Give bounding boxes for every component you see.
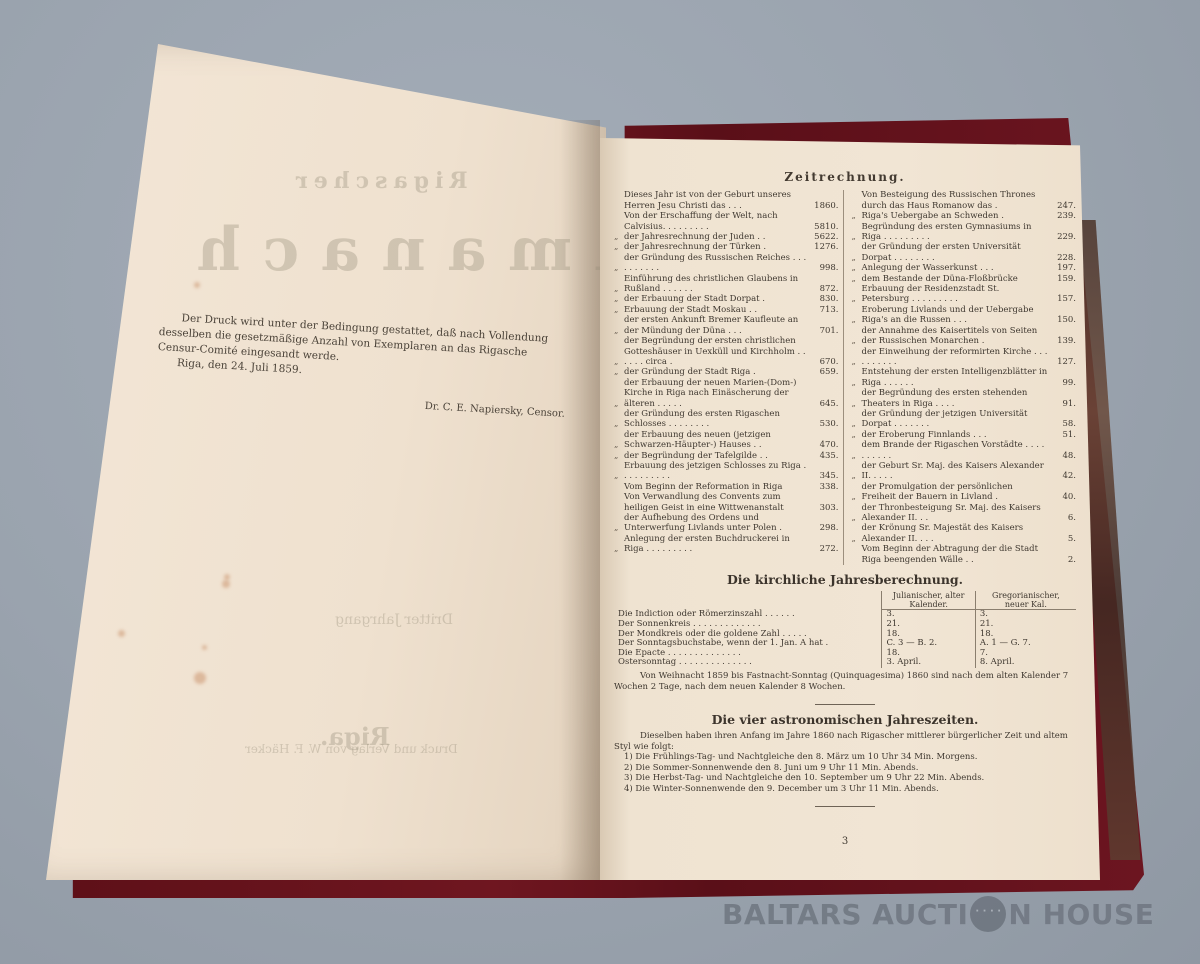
church-row-label: Ostersonntag . . . . . . . . . . . . . . [614, 658, 882, 668]
chronology-event: der Begründung des ersten stehenden Thea… [862, 388, 1049, 409]
chronology-row: „Erbauung des jetzigen Schlosses zu Riga… [614, 461, 839, 482]
divider-rule [815, 704, 875, 705]
chronology-years: 1276. [811, 242, 839, 252]
chronology-row: „der Jahresrechnung der Juden . .5622. [614, 232, 839, 242]
ghost-edition: Dritter Jahrgang [335, 612, 453, 628]
chronology-event: der ersten Ankunft Bremer Kaufleute an d… [624, 315, 811, 336]
ditto-mark: „ [614, 242, 624, 252]
chronology-event: Einführung des christlichen Glaubens in … [624, 274, 811, 295]
chronology-row: „der Gründung der jetzigen Universität D… [852, 409, 1077, 430]
chronology-event: der Jahresrechnung der Juden . . [624, 232, 811, 242]
chronology-event: der Erbauung der neuen Marien-(Dom-) Kir… [624, 378, 811, 409]
chronology-row: Von der Erschaffung der Welt, nach Calvi… [614, 211, 839, 232]
chronology-row: „der Erbauung des neuen (jetzigen Schwar… [614, 430, 839, 451]
ghost-printer: Druck und Verlag von W. F. Häcker [245, 742, 458, 756]
seasons-intro: Dieselben haben ihren Anfang im Jahre 18… [614, 731, 1076, 752]
ditto-mark: „ [614, 544, 624, 554]
chronology-row: „der Krönung Sr. Majestät des Kaisers Al… [852, 523, 1077, 544]
chronology-row: „der Begründung der ersten christlichen … [614, 336, 839, 367]
ditto-mark: „ [614, 357, 624, 367]
chronology-row: „der Geburt Sr. Maj. des Kaisers Alexand… [852, 461, 1077, 482]
chronology-event: Entstehung der ersten Intelligenzblätter… [862, 367, 1049, 388]
chronology-years: 435. [811, 451, 839, 461]
chronology-years: 5810. [811, 222, 839, 232]
auction-house-watermark: BALTARS AUCTI N HOUSE [722, 896, 1154, 932]
ditto-mark: „ [852, 357, 862, 367]
chronology-event: Begründung des ersten Gymnasiums in Riga… [862, 222, 1049, 243]
chronology-event: der Annahme des Kaisertitels von Seiten … [862, 326, 1049, 347]
seasons-section: Dieselben haben ihren Anfang im Jahre 18… [614, 731, 1076, 794]
chronology-row: „Begründung des ersten Gymnasiums in Rig… [852, 222, 1077, 243]
ditto-mark: „ [614, 399, 624, 409]
chronology-years: 228. [1048, 253, 1076, 263]
chronology-event: der Einweihung der reformirten Kirche . … [862, 347, 1049, 368]
chronology-years: 670. [811, 357, 839, 367]
ditto-mark: „ [614, 294, 624, 304]
gregorian-value: 8. April. [975, 658, 1076, 668]
chronology-event: der Gründung des Russischen Reiches . . … [624, 253, 811, 274]
chronology-row: „Erbauung der Stadt Moskau . .713. [614, 305, 839, 315]
chronology-row: Vom Beginn der Reformation in Riga338. [614, 482, 839, 492]
chronology-years: 830. [811, 294, 839, 304]
ditto-mark: „ [614, 523, 624, 533]
season-item: 2) Die Sommer-Sonnenwende den 8. Juni um… [614, 763, 1076, 773]
chronology-years: 42. [1048, 471, 1076, 481]
chronology-left-column: Dieses Jahr ist von der Geburt unseres H… [614, 190, 844, 565]
chronology-years: 998. [811, 263, 839, 273]
chronology-event: Von Verwandlung des Convents zum heilige… [624, 492, 811, 513]
chronology-years: 303. [811, 503, 839, 513]
chronology-years: 713. [811, 305, 839, 315]
chronology-years: 5. [1048, 534, 1076, 544]
chronology-title: Zeitrechnung. [614, 172, 1076, 182]
chronology-event: Riga's Uebergabe an Schweden . [862, 211, 1049, 221]
church-year-row: Ostersonntag . . . . . . . . . . . . . .… [614, 658, 1076, 668]
chronology-years: 159. [1048, 274, 1076, 284]
seasons-title: Die vier astronomischen Jahreszeiten. [614, 715, 1076, 725]
chronology-years: 701. [811, 326, 839, 336]
chronology-years: 58. [1048, 419, 1076, 429]
church-header-gregorian: Gregorianischer, neuer Kal. [975, 591, 1076, 610]
chronology-years: 229. [1048, 232, 1076, 242]
chronology-row: „dem Brande der Rigaschen Vorstädte . . … [852, 440, 1077, 461]
chronology-event: der Promulgation der persönlichen Freihe… [862, 482, 1049, 503]
chronology-event: dem Bestande der Düna-Floßbrücke [862, 274, 1049, 284]
ditto-mark: „ [852, 451, 862, 461]
chronology-event: Vom Beginn der Abtragung der die Stadt R… [862, 544, 1049, 565]
ditto-mark: „ [852, 492, 862, 502]
chronology-years: 530. [811, 419, 839, 429]
chronology-years: 338. [811, 482, 839, 492]
chronology-years: 645. [811, 399, 839, 409]
chronology-table: Dieses Jahr ist von der Geburt unseres H… [614, 190, 1076, 565]
ditto-mark: „ [614, 440, 624, 450]
chronology-row: „der Eroberung Finnlands . . .51. [852, 430, 1077, 440]
season-item: 3) Die Herbst-Tag- und Nachtgleiche den … [614, 773, 1076, 783]
chronology-row: „der Jahresrechnung der Türken .1276. [614, 242, 839, 252]
ditto-mark: „ [852, 471, 862, 481]
ditto-mark: „ [614, 451, 624, 461]
chronology-row: Von Verwandlung des Convents zum heilige… [614, 492, 839, 513]
chronology-row: „der Gründung der Stadt Riga .659. [614, 367, 839, 377]
ditto-mark: „ [614, 419, 624, 429]
ditto-mark: „ [852, 253, 862, 263]
chronology-event: der Begründung der Tafelgilde . . [624, 451, 811, 461]
chronology-years: 139. [1048, 336, 1076, 346]
chronology-event: der Gründung der jetzigen Universität Do… [862, 409, 1049, 430]
chronology-years: 127. [1048, 357, 1076, 367]
chronology-years: 872. [811, 284, 839, 294]
foxing-spot [194, 282, 200, 288]
chronology-event: der Geburt Sr. Maj. des Kaisers Alexande… [862, 461, 1049, 482]
chronology-row: „der Thronbesteigung Sr. Maj. des Kaiser… [852, 503, 1077, 524]
ditto-mark: „ [852, 211, 862, 221]
chronology-event: Anlegung der Wasserkunst . . . [862, 263, 1049, 273]
ghost-subtitle: Rigascher [290, 168, 468, 194]
ditto-mark: „ [852, 534, 862, 544]
chronology-years: 150. [1048, 315, 1076, 325]
chronology-event: der Begründung der ersten christlichen G… [624, 336, 811, 367]
chronology-years: 99. [1048, 378, 1076, 388]
chronology-years: 470. [811, 440, 839, 450]
chronology-event: der Jahresrechnung der Türken . [624, 242, 811, 252]
chronology-years: 298. [811, 523, 839, 533]
chronology-row: Dieses Jahr ist von der Geburt unseres H… [614, 190, 839, 211]
chronology-event: Von Besteigung des Russischen Thrones du… [862, 190, 1049, 211]
chronology-row: „der Einweihung der reformirten Kirche .… [852, 347, 1077, 368]
chronology-right-column: Von Besteigung des Russischen Thrones du… [844, 190, 1077, 565]
chronology-years: 5622. [811, 232, 839, 242]
ditto-mark: „ [614, 367, 624, 377]
chronology-event: Anlegung der ersten Buchdruckerei in Rig… [624, 534, 811, 555]
chronology-event: der Erbauung der Stadt Dorpat . [624, 294, 811, 304]
chronology-event: der Eroberung Finnlands . . . [862, 430, 1049, 440]
season-item: 4) Die Winter-Sonnenwende den 9. Decembe… [614, 784, 1076, 794]
chronology-event: Erbauung des jetzigen Schlosses zu Riga … [624, 461, 811, 482]
church-header-blank [614, 591, 882, 610]
chronology-row: „Eroberung Livlands und der Uebergabe Ri… [852, 305, 1077, 326]
chronology-row: „der Promulgation der persönlichen Freih… [852, 482, 1077, 503]
photo-scene: Rigascher Almanach Dritter Jahrgang Riga… [0, 0, 1200, 964]
chronology-years: 239. [1048, 211, 1076, 221]
chronology-event: der Erbauung des neuen (jetzigen Schwarz… [624, 430, 811, 451]
ditto-mark: „ [614, 305, 624, 315]
chronology-years: 272. [811, 544, 839, 554]
chronology-row: „Anlegung der ersten Buchdruckerei in Ri… [614, 534, 839, 555]
chronology-years: 345. [811, 471, 839, 481]
chronology-row: „der Erbauung der neuen Marien-(Dom-) Ki… [614, 378, 839, 409]
watermark-text-end: N HOUSE [1008, 898, 1154, 931]
chronology-event: Von der Erschaffung der Welt, nach Calvi… [624, 211, 811, 232]
chronology-years: 51. [1048, 430, 1076, 440]
chronology-years: 197. [1048, 263, 1076, 273]
chronology-event: der Krönung Sr. Majestät des Kaisers Ale… [862, 523, 1049, 544]
watermark-logo-icon [970, 896, 1006, 932]
right-page-content: Zeitrechnung. Dieses Jahr ist von der Ge… [614, 172, 1076, 847]
ditto-mark: „ [852, 336, 862, 346]
ditto-mark: „ [852, 419, 862, 429]
chronology-years: 659. [811, 367, 839, 377]
foxing-spot [194, 672, 206, 684]
ditto-mark: „ [852, 399, 862, 409]
chronology-row: „der Gründung des Russischen Reiches . .… [614, 253, 839, 274]
chronology-row: „der Begründung der Tafelgilde . .435. [614, 451, 839, 461]
chronology-row: „Riga's Uebergabe an Schweden .239. [852, 211, 1077, 221]
chronology-years: 157. [1048, 294, 1076, 304]
foxing-spot [222, 580, 230, 588]
divider-rule [815, 806, 875, 807]
foxing-spot [202, 645, 207, 650]
foxing-spot [224, 574, 230, 580]
church-header-julian: Julianischer, alter Kalender. [882, 591, 975, 610]
chronology-event: der Thronbesteigung Sr. Maj. des Kaisers… [862, 503, 1049, 524]
foxing-spot [118, 630, 125, 637]
season-item: 1) Die Frühlings-Tag- und Nachtgleiche d… [614, 752, 1076, 762]
chronology-event: Erbauung der Stadt Moskau . . [624, 305, 811, 315]
church-year-note: Von Weihnacht 1859 bis Fastnacht-Sonntag… [614, 671, 1076, 692]
church-year-title: Die kirchliche Jahresberechnung. [614, 575, 1076, 585]
chronology-row: „der Annahme des Kaisertitels von Seiten… [852, 326, 1077, 347]
chronology-event: Vom Beginn der Reformation in Riga [624, 482, 811, 492]
chronology-years: 91. [1048, 399, 1076, 409]
chronology-years: 40. [1048, 492, 1076, 502]
chronology-row: „Entstehung der ersten Intelligenzblätte… [852, 367, 1077, 388]
watermark-text-start: BALTARS AUCTI [722, 898, 968, 931]
church-year-table: Julianischer, alter Kalender. Gregoriani… [614, 591, 1076, 668]
chronology-event: der Gründung der Stadt Riga . [624, 367, 811, 377]
chronology-event: dem Brande der Rigaschen Vorstädte . . .… [862, 440, 1049, 461]
chronology-row: „der ersten Ankunft Bremer Kaufleute an … [614, 315, 839, 336]
ditto-mark: „ [852, 378, 862, 388]
chronology-years: 48. [1048, 451, 1076, 461]
ditto-mark: „ [852, 274, 862, 284]
chronology-row: „Einführung des christlichen Glaubens in… [614, 274, 839, 295]
page-number: 3 [614, 837, 1076, 847]
chronology-event: der Gründung des ersten Rigaschen Schlos… [624, 409, 811, 430]
julian-value: 3. April. [882, 658, 975, 668]
chronology-row: „der Erbauung der Stadt Dorpat .830. [614, 294, 839, 304]
chronology-years: 1860. [811, 201, 839, 211]
ditto-mark: „ [852, 232, 862, 242]
gregorian-value: A. 1 — G. 7. [975, 639, 1076, 649]
chronology-years: 247. [1048, 201, 1076, 211]
ditto-mark: „ [614, 263, 624, 273]
chronology-row: „der Gründung des ersten Rigaschen Schlo… [614, 409, 839, 430]
chronology-event: Erbauung der Residenzstadt St. Petersbur… [862, 284, 1049, 305]
chronology-row: „Erbauung der Residenzstadt St. Petersbu… [852, 284, 1077, 305]
chronology-row: „der Begründung des ersten stehenden The… [852, 388, 1077, 409]
ditto-mark: „ [614, 471, 624, 481]
chronology-row: Vom Beginn der Abtragung der die Stadt R… [852, 544, 1077, 565]
chronology-years: 6. [1048, 513, 1076, 523]
ditto-mark: „ [852, 294, 862, 304]
chronology-event: Eroberung Livlands und der Uebergabe Rig… [862, 305, 1049, 326]
ditto-mark: „ [852, 263, 862, 273]
chronology-row: „dem Bestande der Düna-Floßbrücke159. [852, 274, 1077, 284]
ditto-mark: „ [852, 315, 862, 325]
chronology-years: 2. [1048, 555, 1076, 565]
chronology-row: Von Besteigung des Russischen Thrones du… [852, 190, 1077, 211]
chronology-event: der Aufhebung des Ordens und Unterwerfun… [624, 513, 811, 534]
chronology-event: Dieses Jahr ist von der Geburt unseres H… [624, 190, 811, 211]
ditto-mark: „ [614, 284, 624, 294]
chronology-row: „der Aufhebung des Ordens und Unterwerfu… [614, 513, 839, 534]
chronology-event: der Gründung der ersten Universität Dorp… [862, 242, 1049, 263]
ditto-mark: „ [852, 513, 862, 523]
ditto-mark: „ [614, 326, 624, 336]
ditto-mark: „ [614, 232, 624, 242]
chronology-row: „der Gründung der ersten Universität Dor… [852, 242, 1077, 263]
ditto-mark: „ [852, 430, 862, 440]
chronology-row: „Anlegung der Wasserkunst . . .197. [852, 263, 1077, 273]
